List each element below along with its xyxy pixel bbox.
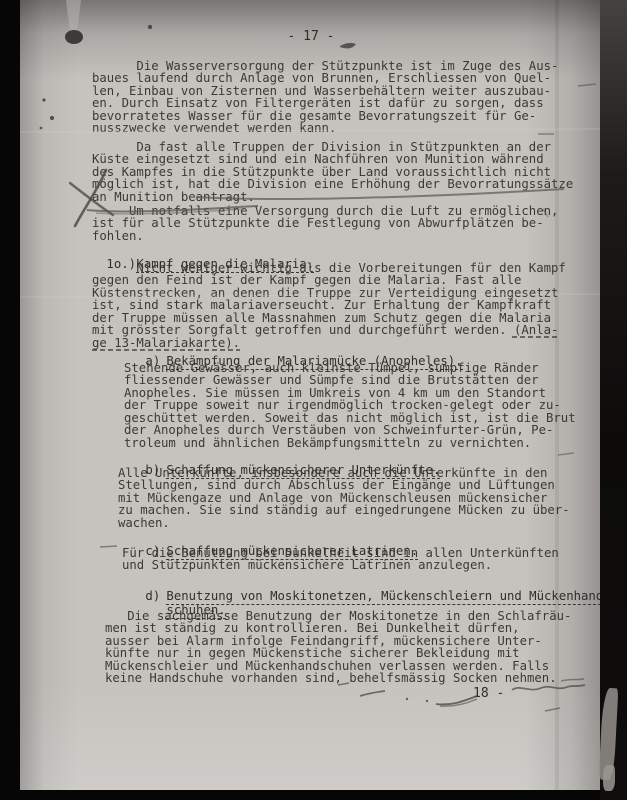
scanned-document-page: - 17 - Die Wasserversorgung der Stützpun… [0, 0, 627, 800]
paragraph-munition: Da fast alle Truppen der Division in Stü… [92, 141, 573, 203]
paragraph-water-supply: Die Wasserversorgung der Stützpunkte ist… [92, 60, 558, 135]
paragraph-section-d: Die sachgemässe Benutzung der Moskitonet… [105, 610, 571, 685]
paragraph-malaria-intro: Nicht weniger wichtig als die Vorbereitu… [92, 262, 566, 349]
section-d-title-line1: Benutzung von Moskitonetzen, Mückenschle… [166, 589, 610, 605]
scan-right-border [600, 0, 627, 800]
page-number-top: - 17 - [20, 30, 602, 44]
torn-edge-patch-small [603, 765, 615, 791]
paragraph-section-a: Stehende Gewässer, auch kleinste Tümpel,… [124, 362, 576, 449]
paper-sheet: - 17 - Die Wasserversorgung der Stützpun… [20, 0, 602, 790]
paragraph-airdrop: Um notfalls eine Versorgung durch die Lu… [92, 205, 558, 242]
paragraph-section-c: Für die Benutzung bei Dunkelheit sind in… [122, 547, 559, 572]
page-number-bottom: 18 - [473, 687, 504, 701]
paragraph-section-b: Alle Unterkünfte, insbesondere auch die … [118, 467, 570, 529]
